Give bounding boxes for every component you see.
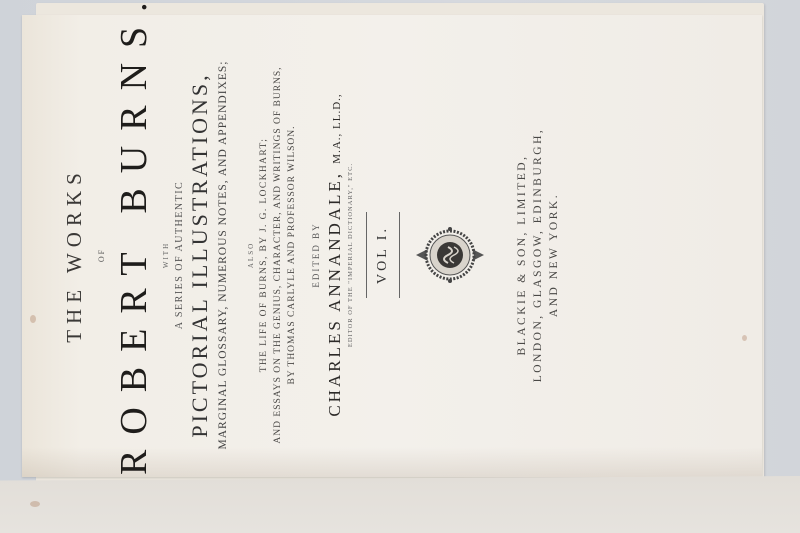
title-page-text: THE WORKS OF ROBERT BURNS. WITH A SERIES… (62, 35, 752, 475)
essays-line: AND ESSAYS ON THE GENIUS, CHARACTER, AND… (273, 35, 283, 475)
series-line: A SERIES OF AUTHENTIC (174, 35, 185, 475)
life-line: THE LIFE OF BURNS, BY J. G. LOCKHART; (259, 35, 269, 475)
publisher-line: BLACKIE & SON, LIMITED, (516, 35, 528, 475)
title-line: THE WORKS (62, 35, 87, 475)
volume-label: VOL I. (366, 212, 400, 298)
publisher-emblem-icon (414, 227, 486, 283)
title-of: OF (97, 35, 106, 475)
editor-line: CHARLES ANNANDALE, M.A., LL.D., (325, 35, 345, 475)
cities-line-2: AND NEW YORK. (548, 35, 560, 475)
glossary-line: MARGINAL GLOSSARY, NUMEROUS NOTES, AND A… (217, 35, 229, 475)
essay-authors-line: BY THOMAS CARLYLE AND PROFESSOR WILSON. (287, 35, 297, 475)
facing-page-edge (0, 476, 800, 533)
edited-by-label: EDITED BY (311, 35, 321, 475)
author-name: ROBERT BURNS. (112, 35, 156, 475)
foxing-spot (30, 501, 40, 507)
also-label: ALSO (247, 35, 255, 475)
foxing-spot (30, 315, 36, 323)
illustrations-line: PICTORIAL ILLUSTRATIONS, (187, 35, 213, 475)
editor-name: CHARLES ANNANDALE, (325, 171, 344, 417)
editor-degrees: M.A., LL.D., (331, 93, 343, 163)
cities-line: LONDON, GLASGOW, EDINBURGH, (532, 35, 544, 475)
with-label: WITH (162, 35, 170, 475)
editor-note: EDITOR OF THE "IMPERIAL DICTIONARY," ETC… (347, 35, 354, 475)
